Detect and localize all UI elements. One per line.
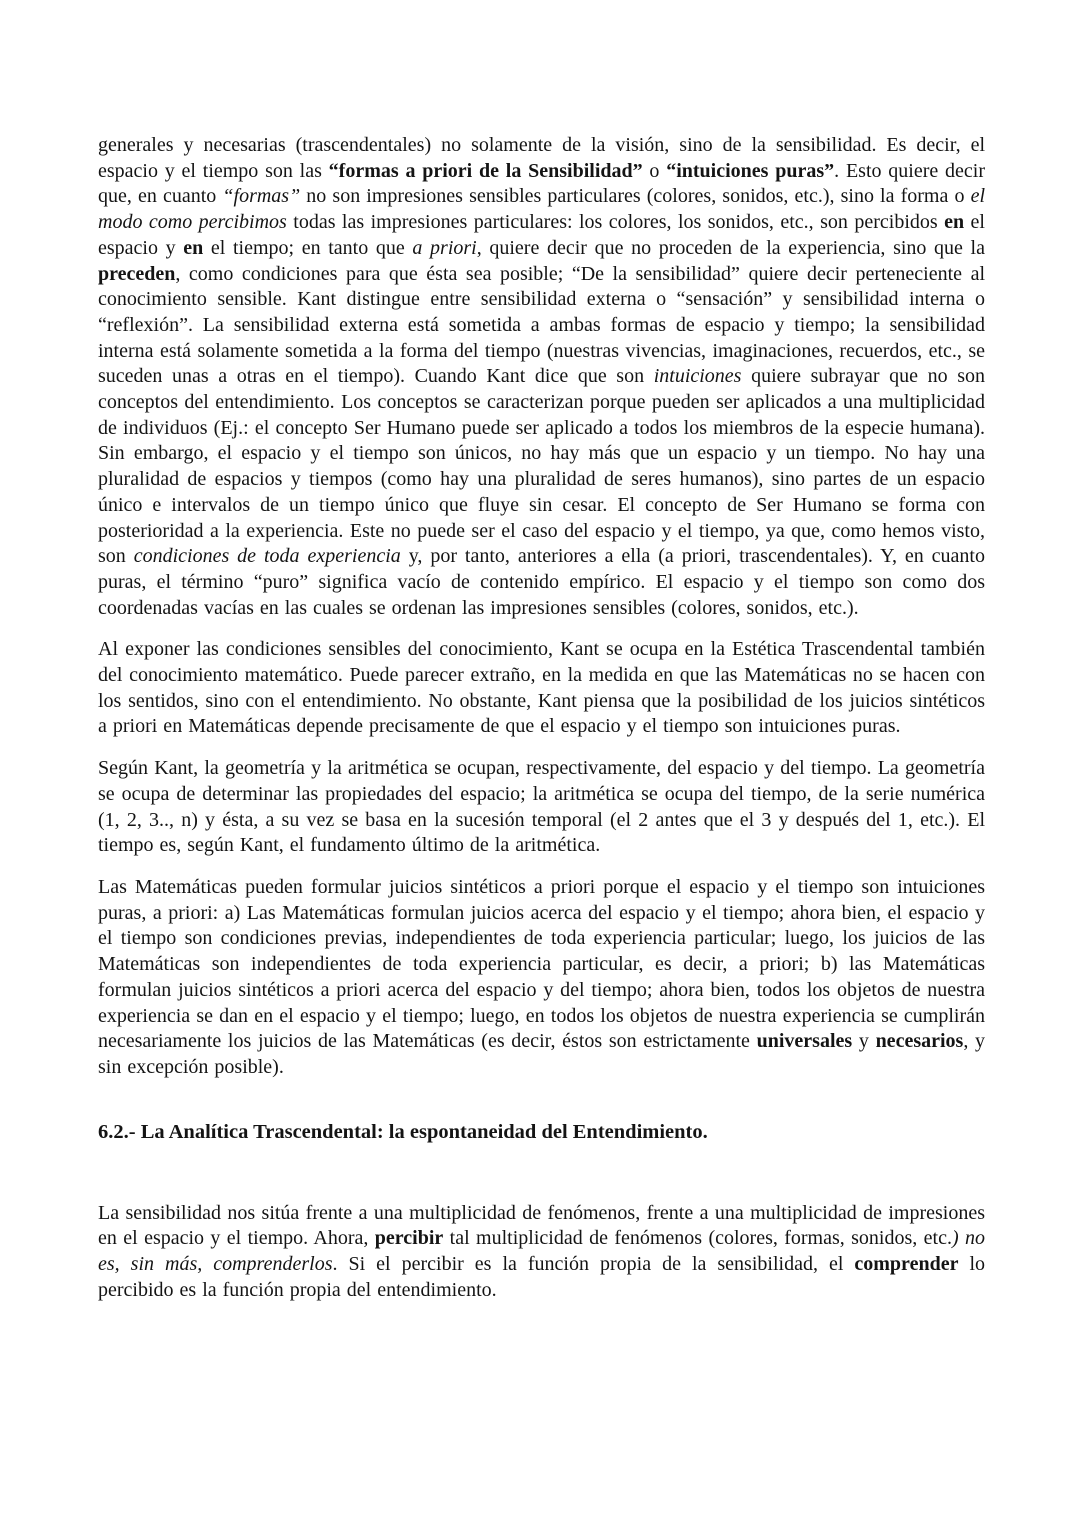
text-run: a priori: [412, 237, 476, 259]
text-run: necesarios: [876, 1030, 964, 1052]
text-run: percibir: [375, 1227, 444, 1249]
text-run: Las Matemáticas pueden formular juicios …: [98, 876, 985, 1052]
text-run: en: [944, 211, 964, 233]
document-page: generales y necesarias (trascendentales)…: [0, 0, 1080, 1527]
text-run: condiciones de toda experiencia: [134, 545, 401, 567]
text-run: “formas a priori de la Sensibilidad”: [329, 160, 643, 182]
text-run: y: [852, 1030, 875, 1052]
text-run: todas las impresiones particulares: los …: [287, 211, 944, 233]
text-run: quiere subrayar que no son conceptos del…: [98, 365, 985, 567]
text-run: , quiere decir que no proceden de la exp…: [477, 237, 985, 259]
text-run: o: [643, 160, 667, 182]
text-run: no son impresiones sensibles particulare…: [300, 185, 970, 207]
paragraph-estetica-trascendental-matematicas: Al exponer las condiciones sensibles del…: [98, 637, 985, 740]
text-run: 6.2.- La Analítica Trascendental: la esp…: [98, 1121, 708, 1143]
text-run: Según Kant, la geometría y la aritmética…: [98, 757, 985, 856]
section-heading-6-2: 6.2.- La Analítica Trascendental: la esp…: [98, 1119, 985, 1145]
text-run: universales: [757, 1030, 853, 1052]
text-run: preceden: [98, 263, 175, 285]
text-run: en: [183, 237, 203, 259]
text-run: “intuiciones puras”: [666, 160, 834, 182]
text-run: comprender: [854, 1253, 958, 1275]
paragraph-geometria-aritmetica: Según Kant, la geometría y la aritmética…: [98, 756, 985, 859]
paragraph-sensibilidad-formas-a-priori: generales y necesarias (trascendentales)…: [98, 133, 985, 621]
paragraph-analitica-percibir-comprender: La sensibilidad nos sitúa frente a una m…: [98, 1201, 985, 1304]
paragraph-juicios-sinteticos-a-priori: Las Matemáticas pueden formular juicios …: [98, 875, 985, 1081]
text-run: Al exponer las condiciones sensibles del…: [98, 638, 985, 737]
text-run: . Si el percibir es la función propia de…: [332, 1253, 854, 1275]
text-run: tal multiplicidad de fenómenos (colores,…: [443, 1227, 952, 1249]
text-run: intuiciones: [654, 365, 742, 387]
text-run: “formas”: [222, 185, 300, 207]
text-run: el tiempo; en tanto que: [203, 237, 412, 259]
